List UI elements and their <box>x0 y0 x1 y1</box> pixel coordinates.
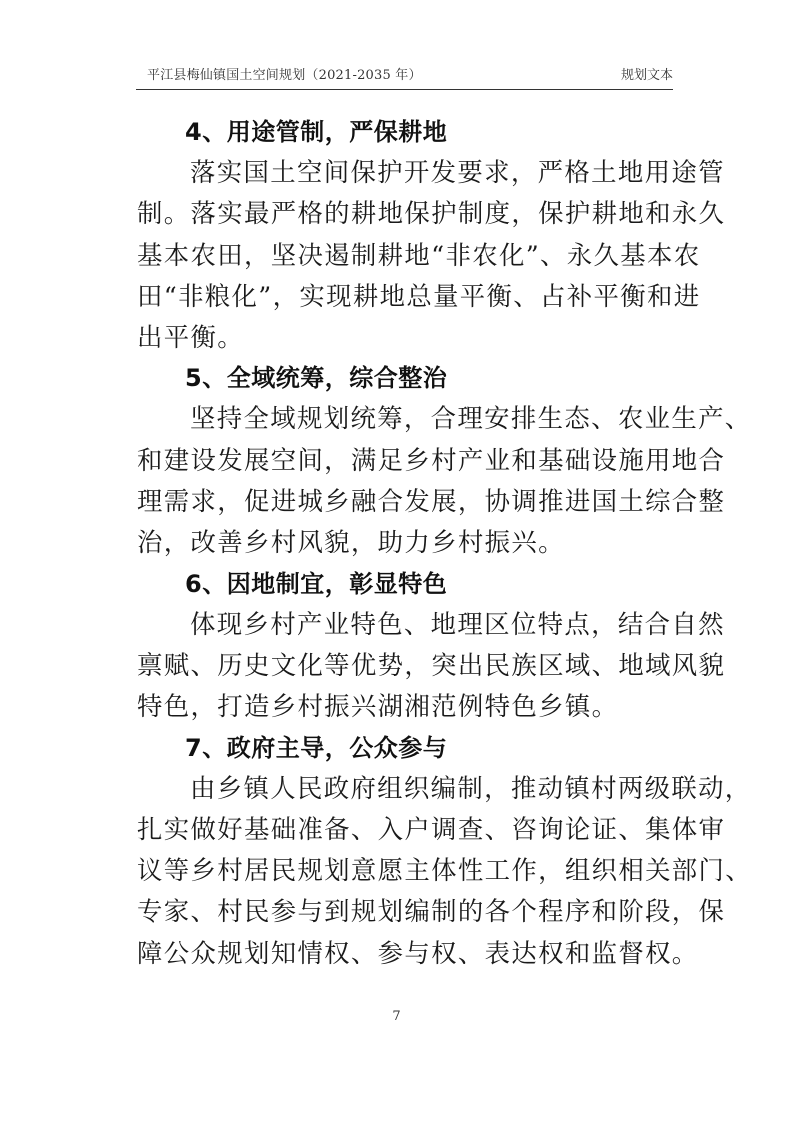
paragraph-line: 治，改善乡村风貌，助力乡村振兴。 <box>137 522 677 563</box>
paragraph-line: 和建设发展空间，满足乡村产业和基础设施用地合 <box>137 440 677 481</box>
section-paragraph-7: 由乡镇人民政府组织编制，推动镇村两级联动， 扎实做好基础准备、入户调查、咨询论证… <box>137 768 677 974</box>
paragraph-line: 扎实做好基础准备、入户调查、咨询论证、集体审 <box>137 809 677 850</box>
section-heading-5: 5、全域统筹，综合整治 <box>137 358 677 398</box>
paragraph-line: 田“非粮化”，实现耕地总量平衡、占补平衡和进 <box>137 276 677 317</box>
section-paragraph-6: 体现乡村产业特色、地理区位特点，结合自然 禀赋、历史文化等优势，突出民族区域、地… <box>137 604 677 728</box>
section-heading-7: 7、政府主导，公众参与 <box>137 728 677 768</box>
section-heading-6: 6、因地制宜，彰显特色 <box>137 564 677 604</box>
paragraph-line: 落实国土空间保护开发要求，严格土地用途管 <box>137 152 677 193</box>
paragraph-line: 特色，打造乡村振兴湖湘范例特色乡镇。 <box>137 686 677 727</box>
page-number: 7 <box>0 1009 793 1024</box>
paragraph-line: 出平衡。 <box>137 317 677 358</box>
paragraph-line: 理需求，促进城乡融合发展，协调推进国土综合整 <box>137 481 677 522</box>
section-heading-4: 4、用途管制，严保耕地 <box>137 112 677 152</box>
section-paragraph-5: 坚持全域规划统筹，合理安排生态、农业生产、 和建设发展空间，满足乡村产业和基础设… <box>137 398 677 563</box>
document-type-label: 规划文本 <box>621 64 673 83</box>
document-body: 4、用途管制，严保耕地 落实国土空间保护开发要求，严格土地用途管 制。落实最严格… <box>137 112 677 974</box>
paragraph-line: 体现乡村产业特色、地理区位特点，结合自然 <box>137 604 677 645</box>
paragraph-line: 坚持全域规划统筹，合理安排生态、农业生产、 <box>137 398 677 439</box>
paragraph-line: 由乡镇人民政府组织编制，推动镇村两级联动， <box>137 768 677 809</box>
paragraph-line: 基本农田，坚决遏制耕地“非农化”、永久基本农 <box>137 235 677 276</box>
paragraph-line: 专家、村民参与到规划编制的各个程序和阶段，保 <box>137 891 677 932</box>
page-header: 平江县梅仙镇国土空间规划（2021-2035 年） 规划文本 <box>136 62 673 90</box>
paragraph-line: 禀赋、历史文化等优势，突出民族区域、地域风貌 <box>137 645 677 686</box>
paragraph-line: 障公众规划知情权、参与权、表达权和监督权。 <box>137 933 677 974</box>
section-paragraph-4: 落实国土空间保护开发要求，严格土地用途管 制。落实最严格的耕地保护制度，保护耕地… <box>137 152 677 358</box>
paragraph-line: 制。落实最严格的耕地保护制度，保护耕地和永久 <box>137 193 677 234</box>
paragraph-line: 议等乡村居民规划意愿主体性工作，组织相关部门、 <box>137 850 677 891</box>
document-title: 平江县梅仙镇国土空间规划（2021-2035 年） <box>147 64 422 83</box>
